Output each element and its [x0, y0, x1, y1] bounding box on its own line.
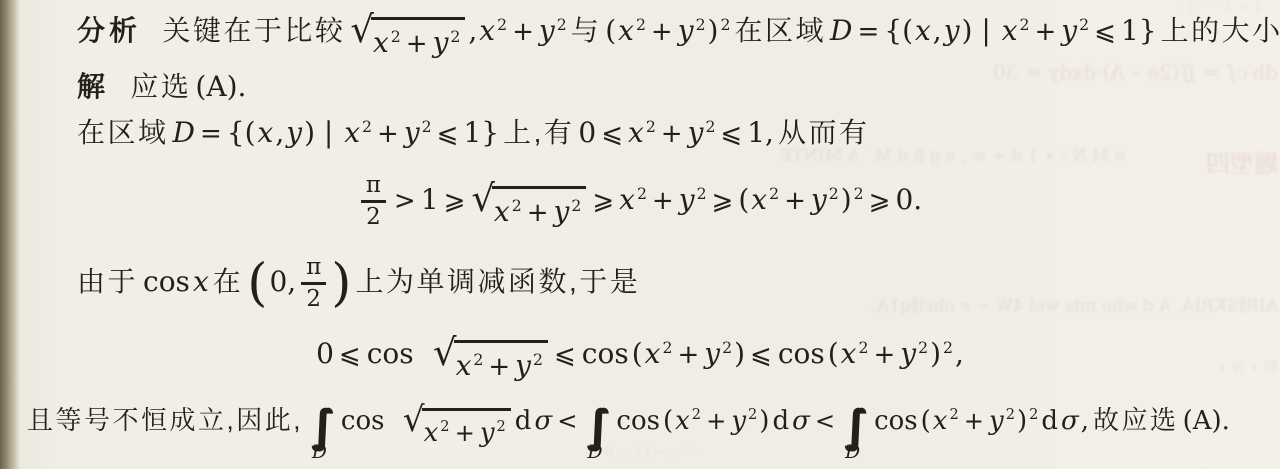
chinese-text: 故应选: [1093, 405, 1179, 435]
double-integral: ∫∫D: [309, 405, 336, 463]
math-operator: +: [964, 407, 984, 435]
math-superscript: 2: [571, 196, 581, 215]
math-number: ): [930, 337, 941, 370]
chinese-text: 上的大小.: [1161, 15, 1280, 46]
math-operator: +: [512, 17, 534, 47]
math-variable: y: [480, 418, 495, 448]
radical-sign: √: [403, 403, 425, 437]
math-operator: =: [200, 119, 222, 149]
math-superscript: 2: [362, 117, 372, 136]
math-number: 1}: [1121, 14, 1157, 47]
math-superscript: 2: [450, 27, 460, 46]
math-number: 0: [578, 116, 596, 149]
math-operator: >: [394, 186, 416, 216]
math-variable: y: [900, 337, 916, 370]
math-number: 0,: [269, 265, 296, 298]
math-variable: x: [479, 14, 495, 47]
radicand: x2+y2: [454, 340, 548, 387]
math-superscript: 2: [422, 117, 432, 136]
math-variable: y: [554, 195, 570, 228]
math-operator: ⩽: [720, 119, 742, 149]
math-variable: x: [258, 116, 274, 149]
inequality-chain: π2>1⩾√x2+y2⩾x2+y2⩾(x2+y2)2⩾0.: [0, 172, 1280, 233]
textbook-solution-page: { "page": { "background": "#f1eee7", "in…: [0, 0, 1280, 469]
radical-sign: √: [471, 181, 495, 218]
math-number: ): [1017, 406, 1027, 436]
double-integral: ∫∫D: [584, 405, 611, 463]
math-variable: y: [404, 116, 420, 149]
math-variable: σ: [1061, 406, 1079, 436]
math-variable: y: [678, 14, 694, 47]
math-variable: x: [619, 183, 635, 216]
big-parenthesis: (: [247, 253, 267, 313]
math-function: cos: [778, 337, 825, 370]
math-operator: ⩽: [437, 119, 459, 149]
math-variable: x: [933, 406, 948, 436]
math-superscript: 2: [748, 406, 757, 423]
math-variable: x: [675, 406, 690, 436]
chinese-text: 在: [213, 266, 244, 297]
math-operator: +: [661, 119, 683, 149]
math-superscript: 2: [557, 15, 567, 34]
math-operator: +: [652, 186, 674, 216]
monotonic-line: 由于cosx在(0,π2)上为单调减函数,于是: [74, 254, 643, 313]
math-number: {(: [884, 14, 913, 47]
analysis-line: 分析关键在于比较√x2+y2,x2+y2与(x2+y2)2在区域D={(x,y)…: [74, 10, 1280, 64]
chinese-text: 由于: [77, 266, 138, 297]
radicand: x2+y2: [422, 408, 511, 453]
math-superscript: 2: [769, 184, 779, 203]
chinese-text: 在区域: [77, 117, 169, 148]
chinese-text: 应选: [130, 71, 191, 102]
sqrt-radical: √x2+y2: [403, 408, 511, 453]
math-variable: x: [424, 418, 439, 448]
math-superscript: 2: [858, 338, 868, 357]
math-variable: y: [811, 183, 827, 216]
fraction-numerator: π: [361, 172, 386, 203]
math-function: d: [772, 406, 789, 436]
math-number: 1}: [463, 116, 499, 149]
math-number: (: [605, 14, 616, 47]
math-variable: x: [456, 349, 472, 382]
math-variable: y: [433, 26, 449, 59]
math-number: (A).: [195, 70, 246, 103]
math-operator: +: [406, 29, 428, 59]
math-number: ): [759, 406, 769, 436]
math-number: 1,: [747, 116, 774, 149]
fraction-denominator: 2: [366, 203, 381, 230]
math-variable: x: [645, 337, 661, 370]
math-number: ,: [1081, 406, 1089, 436]
math-number: (: [663, 406, 673, 436]
math-superscript: 2: [1079, 15, 1089, 34]
math-operator: <: [815, 407, 835, 435]
math-operator: +: [527, 198, 549, 228]
math-operator: ⩽: [554, 340, 576, 370]
math-number: 1: [421, 183, 439, 216]
section-label: 分析: [77, 15, 141, 46]
math-operator: ⩾: [592, 186, 614, 216]
chinese-text: 关键在于比较: [162, 15, 345, 46]
double-integral: ∫∫D: [842, 405, 869, 463]
math-number: ,: [955, 337, 964, 370]
math-superscript: 2: [692, 406, 701, 423]
math-variable: y: [944, 14, 960, 47]
math-operator: +: [455, 419, 475, 447]
math-number: ,: [468, 14, 477, 47]
math-superscript: 2: [497, 15, 507, 34]
integral-domain-subscript: D: [587, 444, 602, 463]
math-variable: x: [841, 337, 857, 370]
radicand: x2+y2: [492, 186, 586, 233]
math-operator: +: [377, 119, 399, 149]
math-variable: y: [515, 349, 531, 382]
math-operator: +: [873, 340, 895, 370]
math-variable: y: [989, 406, 1004, 436]
math-superscript: 2: [646, 117, 656, 136]
math-function: cos: [616, 406, 660, 436]
math-superscript: 2: [722, 338, 732, 357]
chinese-text: 与: [571, 15, 602, 46]
math-operator: ⩽: [339, 340, 361, 370]
math-variable: σ: [792, 406, 810, 436]
math-superscript: 2: [473, 350, 483, 369]
math-number: ) |: [962, 14, 1000, 47]
math-number: 0.: [895, 183, 922, 216]
math-operator: ⩽: [601, 119, 623, 149]
math-function: cos: [582, 337, 629, 370]
math-variable: y: [688, 116, 704, 149]
conclusion-line: 且等号不恒成立,因此,∫∫Dcos√x2+y2dσ<∫∫Dcos(x2+y2)d…: [24, 393, 1231, 453]
math-operator: +: [677, 340, 699, 370]
fraction: π2: [361, 172, 386, 231]
radical-sign: √: [350, 12, 374, 49]
math-superscript: 2: [533, 350, 543, 369]
math-number: (: [921, 406, 931, 436]
math-number: (: [828, 337, 839, 370]
math-variable: y: [539, 14, 555, 47]
math-superscript: 2: [696, 15, 706, 34]
math-operator: +: [651, 17, 673, 47]
fraction: π2: [301, 254, 326, 313]
math-number: ): [708, 14, 719, 47]
math-variable: y: [286, 116, 302, 149]
math-operator: ⩾: [712, 186, 734, 216]
radical-sign: √: [433, 335, 457, 372]
math-superscript: 2: [943, 338, 953, 357]
math-number: (A).: [1183, 406, 1230, 436]
math-function: cos: [367, 337, 414, 370]
big-parenthesis: ): [331, 253, 351, 313]
math-operator: +: [784, 186, 806, 216]
math-superscript: 2: [497, 418, 506, 435]
math-number: ,: [275, 116, 284, 149]
math-number: ): [841, 183, 852, 216]
math-variable: x: [494, 195, 510, 228]
math-superscript: 2: [636, 15, 646, 34]
solution-line: 解应选(A).: [74, 66, 247, 108]
math-superscript: 2: [918, 338, 928, 357]
math-variable: x: [373, 26, 389, 59]
math-superscript: 2: [720, 15, 730, 34]
sqrt-radical: √x2+y2: [433, 340, 548, 387]
chinese-text: 上为单调减函数,于是: [356, 266, 641, 297]
math-variable: x: [628, 116, 644, 149]
math-number: ) |: [304, 116, 342, 149]
math-operator: =: [857, 17, 879, 47]
math-operator: ⩾: [444, 186, 466, 216]
math-number: ,: [933, 14, 942, 47]
math-superscript: 2: [854, 184, 864, 203]
fraction-denominator: 2: [306, 285, 321, 312]
math-variable: x: [618, 14, 634, 47]
math-superscript: 2: [662, 338, 672, 357]
section-label: 解: [77, 71, 109, 102]
math-superscript: 2: [512, 196, 522, 215]
math-function: cos: [143, 265, 190, 298]
math-variable: x: [751, 183, 767, 216]
bleedthrough-ghost: AIR∥SKRIA. A d who mts wol 4W ~ e ohcl∥q…: [552, 296, 1278, 316]
math-number: (: [632, 337, 643, 370]
math-number: {(: [227, 116, 256, 149]
sqrt-radical: √x2+y2: [471, 186, 586, 233]
integral-domain-subscript: D: [845, 444, 860, 463]
math-superscript: 2: [697, 184, 707, 203]
math-operator: ⩾: [869, 186, 891, 216]
math-variable: D: [830, 14, 852, 47]
math-operator: +: [488, 352, 510, 382]
math-function: cos: [341, 406, 385, 436]
math-superscript: 2: [637, 184, 647, 203]
math-number: 0: [316, 337, 334, 370]
math-superscript: 2: [1029, 406, 1038, 423]
math-superscript: 2: [949, 406, 958, 423]
math-operator: +: [1034, 17, 1056, 47]
math-superscript: 2: [1006, 406, 1015, 423]
chinese-text: 且等号不恒成立,因此,: [27, 405, 303, 435]
math-operator: <: [557, 407, 577, 435]
math-variable: x: [193, 265, 209, 298]
math-variable: x: [344, 116, 360, 149]
math-superscript: 2: [440, 418, 449, 435]
chinese-text: 上,有: [503, 117, 574, 148]
math-function: d: [515, 406, 532, 436]
math-operator: +: [706, 407, 726, 435]
math-superscript: 2: [391, 27, 401, 46]
math-variable: D: [173, 116, 195, 149]
math-number: ): [734, 337, 745, 370]
math-variable: x: [915, 14, 931, 47]
math-superscript: 2: [1020, 15, 1030, 34]
math-function: d: [1041, 406, 1058, 436]
math-number: (: [738, 183, 749, 216]
math-variable: y: [731, 406, 746, 436]
math-operator: ⩽: [1094, 17, 1116, 47]
math-superscript: 2: [705, 117, 715, 136]
radicand: x2+y2: [371, 17, 465, 64]
math-variable: y: [704, 337, 720, 370]
chinese-text: 在区域: [734, 15, 826, 46]
math-variable: y: [679, 183, 695, 216]
chinese-text: 从而有: [778, 117, 870, 148]
math-operator: ⩽: [750, 340, 772, 370]
domain-line: 在区域D={(x,y) | x2+y2⩽1}上,有0⩽x2+y2⩽1,从而有: [74, 112, 872, 154]
math-variable: σ: [534, 406, 552, 436]
cosine-inequality: 0⩽cos√x2+y2⩽cos(x2+y2)⩽cos(x2+y2)2,: [0, 333, 1280, 387]
page-binding-shadow: [0, 0, 20, 469]
math-superscript: 2: [829, 184, 839, 203]
math-variable: y: [1061, 14, 1077, 47]
sqrt-radical: √x2+y2: [350, 17, 465, 64]
integral-domain-subscript: D: [312, 444, 327, 463]
math-variable: x: [1002, 14, 1018, 47]
math-function: cos: [874, 406, 918, 436]
fraction-numerator: π: [301, 254, 326, 285]
